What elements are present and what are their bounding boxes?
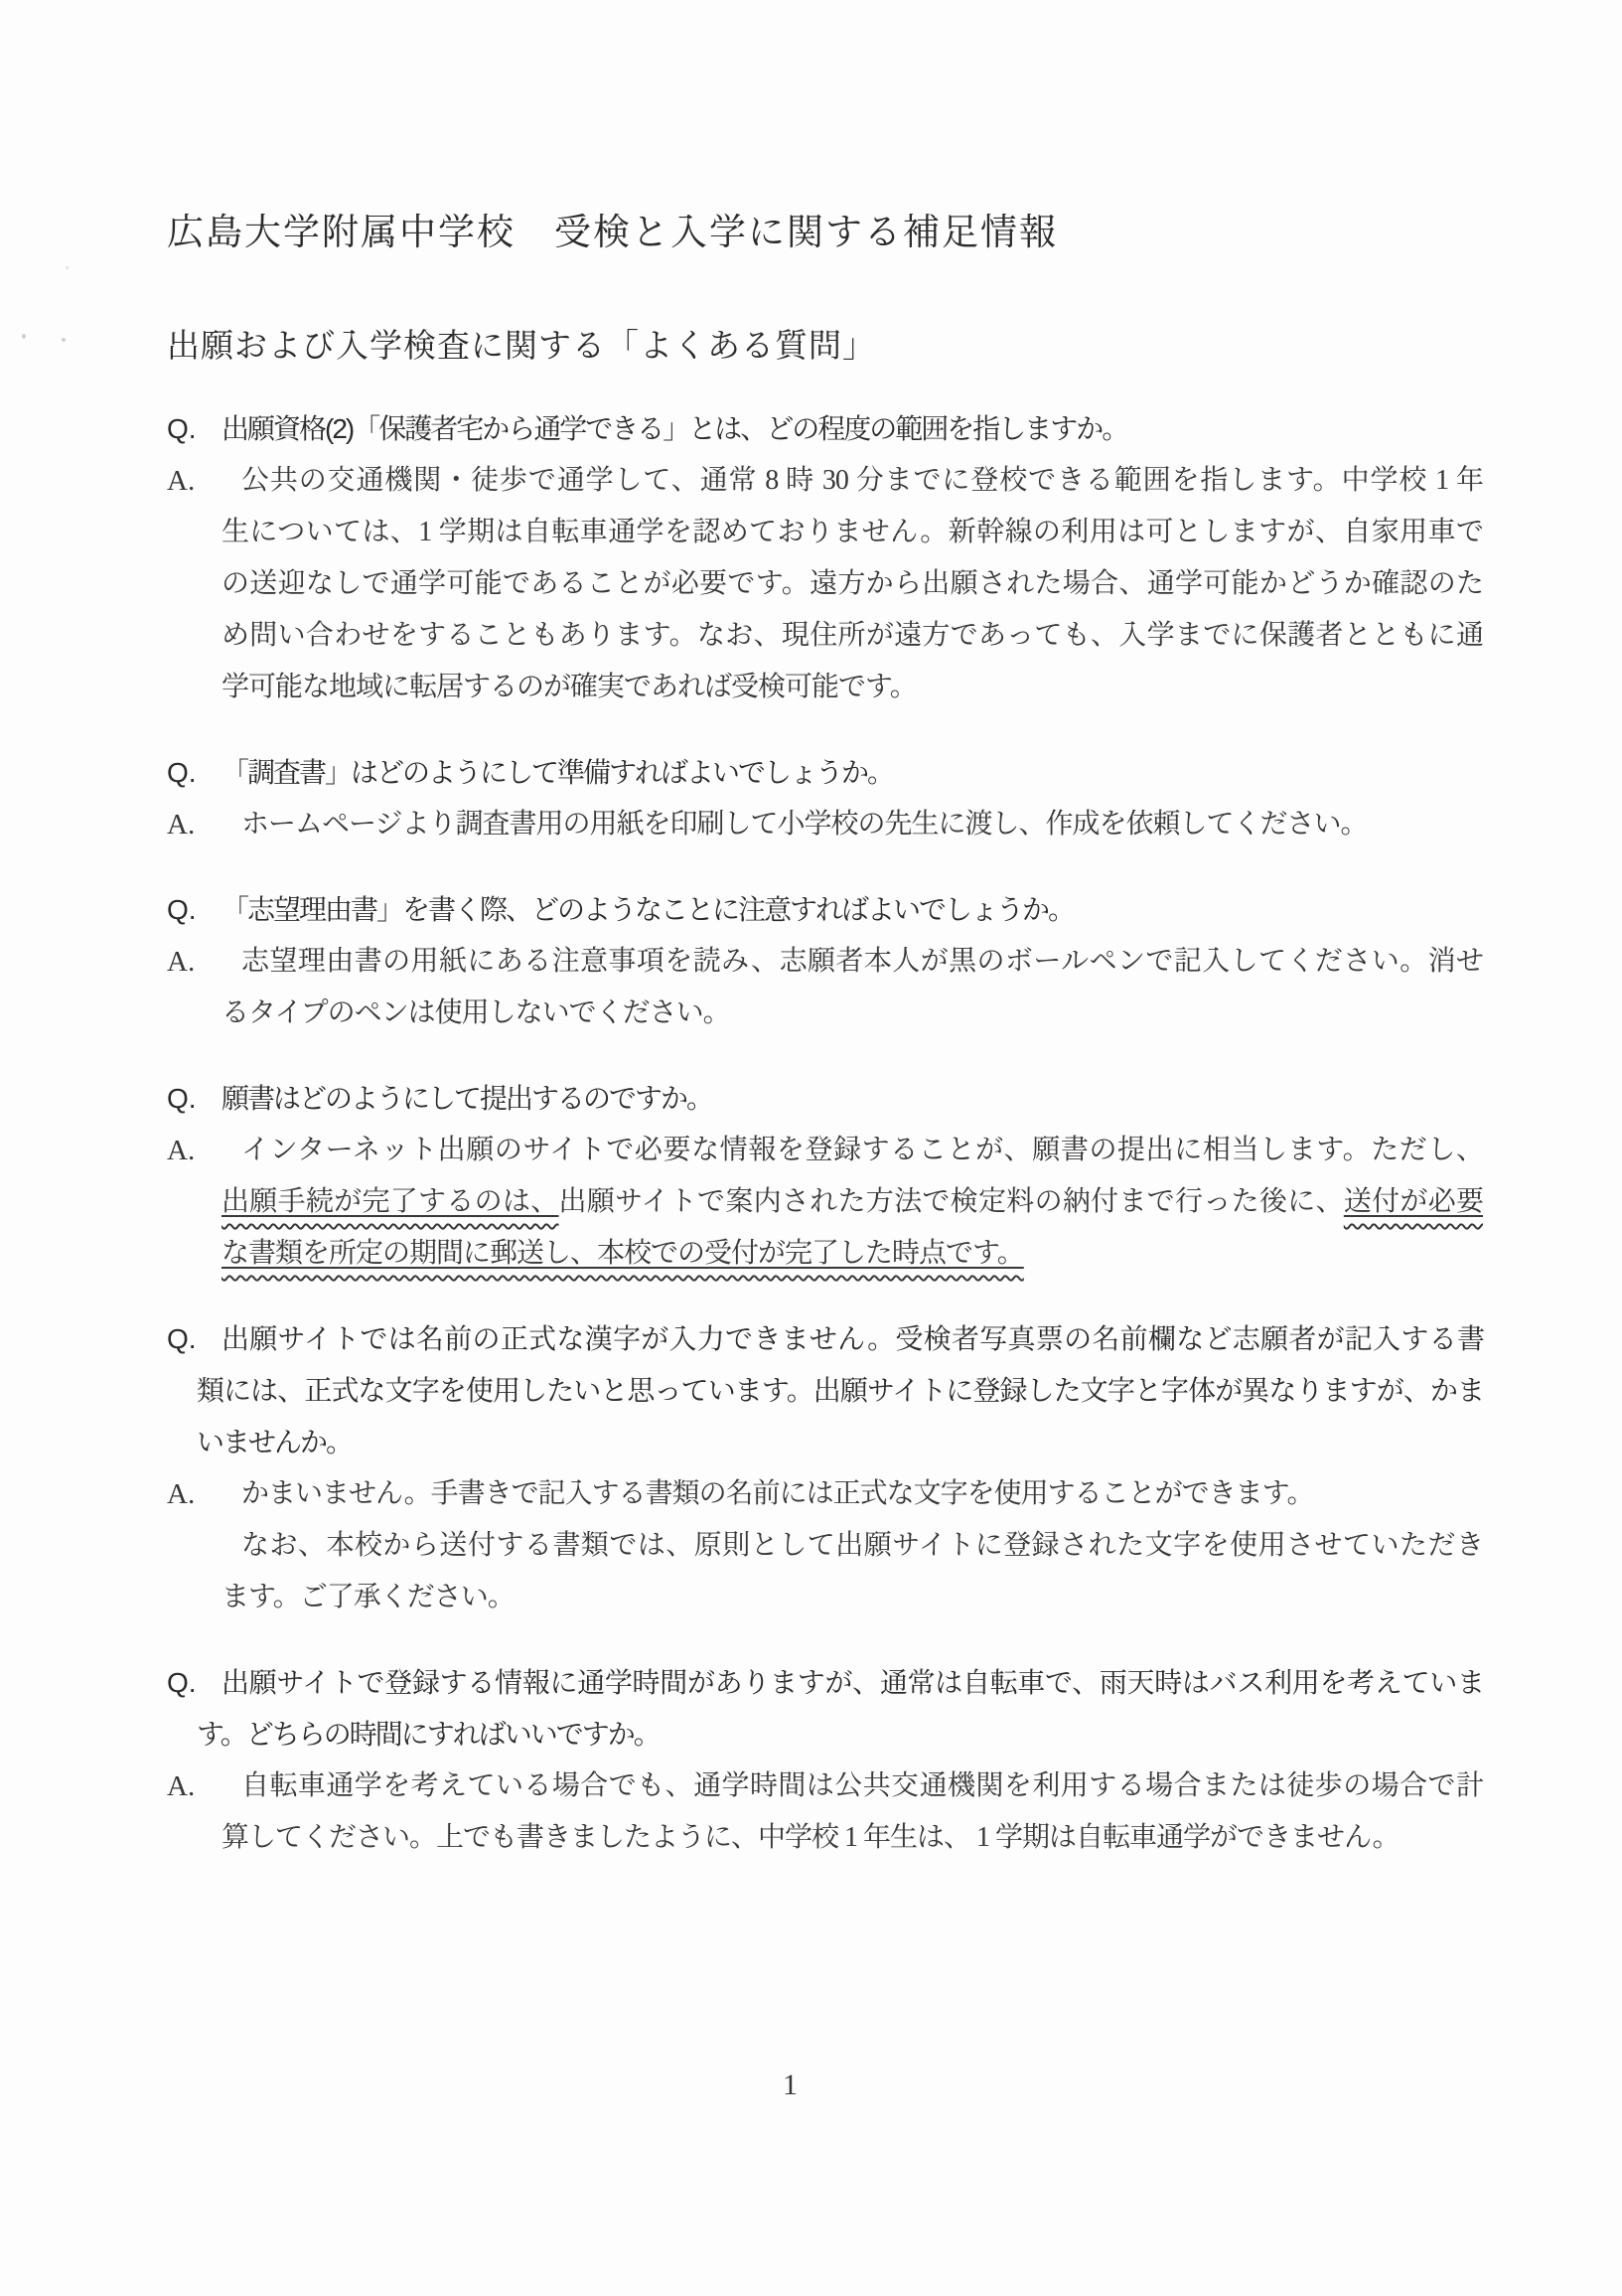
text-line: 願書はどのようにして提出するのですか。 <box>197 1073 1483 1125</box>
answer-marker: A. <box>167 799 195 850</box>
answer-marker: A. <box>167 936 195 988</box>
faq-item: Q.「調査書」はどのようにして準備すればよいでしょうか。A.ホームページより調査… <box>167 747 1483 850</box>
question-text: 出願サイトでは名前の正式な漢字が入力できません。受検者写真票の名前欄など志願者が… <box>197 1313 1483 1468</box>
text-segment: 算してください。上でも書きましたように、中学校 1 年生は、 1 学期は自転車通… <box>221 1822 1400 1853</box>
text-line: かまいません。手書きで記入する書類の名前には正式な文字を使用することができます。 <box>221 1468 1483 1520</box>
text-segment: かまいません。手書きで記入する書類の名前には正式な文字を使用することができます。 <box>241 1478 1313 1509</box>
question-row: Q.「志望理由書」を書く際、どのようなことに注意すればよいでしょうか。 <box>167 884 1483 936</box>
question-row: Q.出願サイトで登録する情報に通学時間がありますが、通常は自転車で、雨天時はバス… <box>167 1657 1483 1760</box>
text-segment: るタイプのペンは使用しないでください。 <box>221 997 730 1028</box>
answer-row: A.インターネット出願のサイトで必要な情報を登録することが、願書の提出に相当しま… <box>167 1125 1483 1280</box>
question-marker: Q. <box>167 1073 197 1125</box>
text-line: め問い合わせをすることもあります。なお、現住所が遠方であっても、入学までに保護者… <box>221 610 1483 662</box>
text-line: の送迎なしで通学可能であることが必要です。遠方から出願された場合、通学可能かどう… <box>221 558 1483 610</box>
question-row: Q.願書はどのようにして提出するのですか。 <box>167 1073 1483 1125</box>
faq-item: Q.「志望理由書」を書く際、どのようなことに注意すればよいでしょうか。A.志望理… <box>167 884 1483 1039</box>
emphasized-underlined-text: な書類を所定の期間に郵送し、本校での受付が完了した時点です。 <box>221 1238 1024 1269</box>
answer-paragraph: 志望理由書の用紙にある注意事項を読み、志願者本人が黒のボールペンで記入してくださ… <box>221 936 1483 1039</box>
document-page: 広島大学附属中学校 受検と入学に関する補足情報 出願および入学検査に関する「よく… <box>0 0 1622 2296</box>
question-text: 「調査書」はどのようにして準備すればよいでしょうか。 <box>197 747 1483 799</box>
answer-paragraph: なお、本校から送付する書類では、原則として出願サイトに登録された文字を使用させて… <box>221 1520 1483 1623</box>
question-marker: Q. <box>167 1657 197 1709</box>
question-text: 「志望理由書」を書く際、どのようなことに注意すればよいでしょうか。 <box>197 884 1483 936</box>
text-line: るタイプのペンは使用しないでください。 <box>221 988 1483 1039</box>
text-segment: 志望理由書の用紙にある注意事項を読み、志願者本人が黒のボールペンで記入してくださ… <box>241 946 1483 977</box>
faq-item: Q.出願資格(2)「保護者宅から通学できる」とは、どの程度の範囲を指しますか。A… <box>167 403 1483 713</box>
page-title: 広島大学附属中学校 受検と入学に関する補足情報 <box>167 211 1483 254</box>
text-segment: 出願サイトで案内された方法で検定料の納付まで行った後に、 <box>559 1186 1344 1217</box>
answer-marker: A. <box>167 1125 195 1176</box>
scan-speck <box>66 266 69 269</box>
text-line: なお、本校から送付する書類では、原則として出願サイトに登録された文字を使用させて… <box>221 1520 1483 1572</box>
text-line: す。どちらの時間にすればいいですか。 <box>197 1709 1483 1760</box>
answer-paragraph: インターネット出願のサイトで必要な情報を登録することが、願書の提出に相当します。… <box>221 1125 1483 1280</box>
text-segment: め問い合わせをすることもあります。なお、現住所が遠方であっても、入学までに保護者… <box>221 620 1483 651</box>
text-segment: 出願手続が完了するのは、 <box>221 1186 559 1217</box>
text-line: 自転車通学を考えている場合でも、通学時間は公共交通機関を利用する場合または徒歩の… <box>221 1760 1483 1812</box>
text-line: 志望理由書の用紙にある注意事項を読み、志願者本人が黒のボールペンで記入してくださ… <box>221 936 1483 988</box>
question-text: 出願資格(2)「保護者宅から通学できる」とは、どの程度の範囲を指しますか。 <box>197 403 1483 455</box>
text-segment: 類には、正式な文字を使用したいと思っています。出願サイトに登録した文字と字体が異… <box>197 1375 1483 1406</box>
text-line: ます。ご了承ください。 <box>221 1572 1483 1623</box>
question-text: 出願サイトで登録する情報に通学時間がありますが、通常は自転車で、雨天時はバス利用… <box>197 1657 1483 1760</box>
text-line: 学可能な地域に転居するのが確実であれば受検可能です。 <box>221 662 1483 713</box>
question-text: 願書はどのようにして提出するのですか。 <box>197 1073 1483 1125</box>
text-segment: 願書はどのようにして提出するのですか。 <box>221 1083 712 1114</box>
question-marker: Q. <box>167 884 197 936</box>
text-line: 出願サイトで登録する情報に通学時間がありますが、通常は自転車で、雨天時はバス利用… <box>197 1657 1483 1709</box>
answer-text: かまいません。手書きで記入する書類の名前には正式な文字を使用することができます。… <box>221 1468 1483 1623</box>
text-segment: なお、本校から送付する書類では、原則として出願サイトに登録された文字を使用させて… <box>241 1530 1483 1561</box>
text-line: 生については、1 学期は自転車通学を認めておりません。新幹線の利用は可としますが… <box>221 507 1483 558</box>
text-segment: ます。ご了承ください。 <box>221 1582 515 1612</box>
question-row: Q.「調査書」はどのようにして準備すればよいでしょうか。 <box>167 747 1483 799</box>
question-marker: Q. <box>167 1313 197 1365</box>
text-segment: ホームページより調査書用の用紙を印刷して小学校の先生に渡し、作成を依頼してくださ… <box>241 809 1367 840</box>
text-line: 「調査書」はどのようにして準備すればよいでしょうか。 <box>197 747 1483 799</box>
text-line: 出願手続が完了するのは、出願サイトで案内された方法で検定料の納付まで行った後に、… <box>221 1176 1483 1228</box>
faq-item: Q.出願サイトでは名前の正式な漢字が入力できません。受検者写真票の名前欄など志願… <box>167 1313 1483 1623</box>
page-subtitle: 出願および入学検査に関する「よくある質問」 <box>167 324 1483 368</box>
text-segment: の送迎なしで通学可能であることが必要です。遠方から出願された場合、通学可能かどう… <box>221 568 1483 599</box>
faq-item: Q.願書はどのようにして提出するのですか。A.インターネット出願のサイトで必要な… <box>167 1073 1483 1280</box>
emphasized-underlined-text: 送付が必要 <box>1344 1186 1483 1217</box>
text-line: な書類を所定の期間に郵送し、本校での受付が完了した時点です。 <box>221 1228 1483 1280</box>
text-line: 出願資格(2)「保護者宅から通学できる」とは、どの程度の範囲を指しますか。 <box>197 403 1483 455</box>
scan-speck <box>22 334 26 339</box>
answer-paragraph: かまいません。手書きで記入する書類の名前には正式な文字を使用することができます。 <box>221 1468 1483 1520</box>
text-segment: 自転車通学を考えている場合でも、通学時間は公共交通機関を利用する場合または徒歩の… <box>241 1770 1483 1801</box>
text-line: 算してください。上でも書きましたように、中学校 1 年生は、 1 学期は自転車通… <box>221 1812 1483 1864</box>
text-line: ホームページより調査書用の用紙を印刷して小学校の先生に渡し、作成を依頼してくださ… <box>221 799 1483 850</box>
question-row: Q.出願サイトでは名前の正式な漢字が入力できません。受検者写真票の名前欄など志願… <box>167 1313 1483 1468</box>
answer-row: A.自転車通学を考えている場合でも、通学時間は公共交通機関を利用する場合または徒… <box>167 1760 1483 1864</box>
answer-row: A.かまいません。手書きで記入する書類の名前には正式な文字を使用することができま… <box>167 1468 1483 1623</box>
question-row: Q.出願資格(2)「保護者宅から通学できる」とは、どの程度の範囲を指しますか。 <box>167 403 1483 455</box>
answer-row: A.志望理由書の用紙にある注意事項を読み、志願者本人が黒のボールペンで記入してく… <box>167 936 1483 1039</box>
text-line: 出願サイトでは名前の正式な漢字が入力できません。受検者写真票の名前欄など志願者が… <box>197 1313 1483 1365</box>
answer-text: 公共の交通機関・徒歩で通学して、通常 8 時 30 分までに登校できる範囲を指し… <box>221 455 1483 713</box>
text-segment: 出願サイトで登録する情報に通学時間がありますが、通常は自転車で、雨天時はバス利用… <box>221 1667 1483 1698</box>
answer-paragraph: 公共の交通機関・徒歩で通学して、通常 8 時 30 分までに登校できる範囲を指し… <box>221 455 1483 713</box>
answer-marker: A. <box>167 1760 195 1812</box>
answer-row: A.ホームページより調査書用の用紙を印刷して小学校の先生に渡し、作成を依頼してく… <box>167 799 1483 850</box>
answer-text: 志望理由書の用紙にある注意事項を読み、志願者本人が黒のボールペンで記入してくださ… <box>221 936 1483 1039</box>
answer-row: A.公共の交通機関・徒歩で通学して、通常 8 時 30 分までに登校できる範囲を… <box>167 455 1483 713</box>
text-line: 「志望理由書」を書く際、どのようなことに注意すればよいでしょうか。 <box>197 884 1483 936</box>
answer-text: 自転車通学を考えている場合でも、通学時間は公共交通機関を利用する場合または徒歩の… <box>221 1760 1483 1864</box>
faq-item: Q.出願サイトで登録する情報に通学時間がありますが、通常は自転車で、雨天時はバス… <box>167 1657 1483 1864</box>
text-segment: いませんか。 <box>197 1427 352 1457</box>
scan-speck <box>62 338 66 342</box>
text-segment: 出願資格(2)「保護者宅から通学できる」とは、どの程度の範囲を指しますか。 <box>221 413 1127 444</box>
text-segment: インターネット出願のサイトで必要な情報を登録することが、願書の提出に相当します。… <box>241 1135 1483 1165</box>
text-segment: 「志望理由書」を書く際、どのようなことに注意すればよいでしょうか。 <box>221 894 1074 925</box>
text-segment: す。どちらの時間にすればいいですか。 <box>197 1719 660 1750</box>
faq-list: Q.出願資格(2)「保護者宅から通学できる」とは、どの程度の範囲を指しますか。A… <box>167 403 1483 1864</box>
emphasized-underlined-text: 出願手続が完了するのは、 <box>221 1186 559 1217</box>
answer-text: ホームページより調査書用の用紙を印刷して小学校の先生に渡し、作成を依頼してくださ… <box>221 799 1483 850</box>
answer-text: インターネット出願のサイトで必要な情報を登録することが、願書の提出に相当します。… <box>221 1125 1483 1280</box>
answer-marker: A. <box>167 455 195 507</box>
text-segment: 「調査書」はどのようにして準備すればよいでしょうか。 <box>221 757 893 788</box>
page-number: 1 <box>783 2068 798 2102</box>
text-segment: 出願サイトでは名前の正式な漢字が入力できません。受検者写真票の名前欄など志願者が… <box>221 1323 1483 1354</box>
text-segment: 公共の交通機関・徒歩で通学して、通常 8 時 30 分までに登校できる範囲を指し… <box>241 465 1483 496</box>
text-segment: 生については、1 学期は自転車通学を認めておりません。新幹線の利用は可としますが… <box>221 517 1483 547</box>
text-segment: 送付が必要 <box>1344 1186 1483 1217</box>
text-line: インターネット出願のサイトで必要な情報を登録することが、願書の提出に相当します。… <box>221 1125 1483 1176</box>
answer-paragraph: 自転車通学を考えている場合でも、通学時間は公共交通機関を利用する場合または徒歩の… <box>221 1760 1483 1864</box>
answer-marker: A. <box>167 1468 195 1520</box>
text-line: 公共の交通機関・徒歩で通学して、通常 8 時 30 分までに登校できる範囲を指し… <box>221 455 1483 507</box>
text-line: いませんか。 <box>197 1417 1483 1468</box>
answer-paragraph: ホームページより調査書用の用紙を印刷して小学校の先生に渡し、作成を依頼してくださ… <box>221 799 1483 850</box>
question-marker: Q. <box>167 747 197 799</box>
text-segment: 学可能な地域に転居するのが確実であれば受検可能です。 <box>221 672 917 702</box>
text-segment: な書類を所定の期間に郵送し、本校での受付が完了した時点です。 <box>221 1238 1024 1269</box>
document-content: 広島大学附属中学校 受検と入学に関する補足情報 出願および入学検査に関する「よく… <box>167 211 1483 1898</box>
question-marker: Q. <box>167 403 197 455</box>
text-line: 類には、正式な文字を使用したいと思っています。出願サイトに登録した文字と字体が異… <box>197 1365 1483 1417</box>
